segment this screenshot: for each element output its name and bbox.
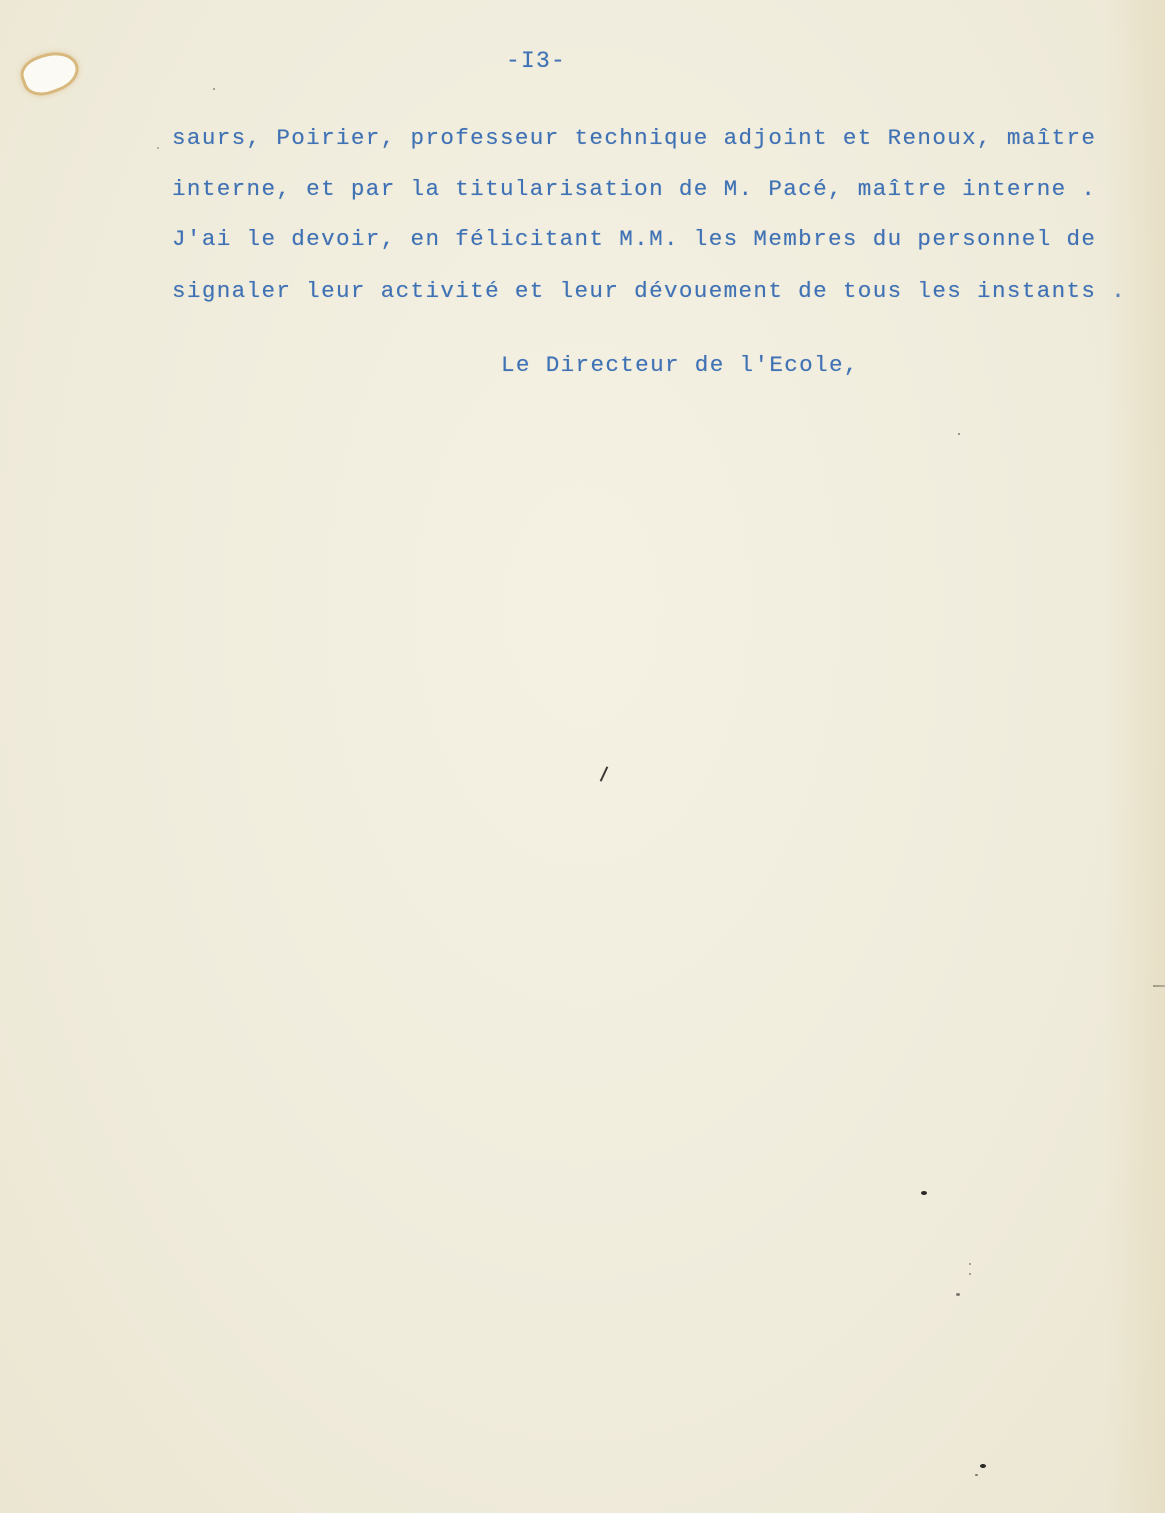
ink-speck — [969, 1263, 971, 1265]
ink-speck — [975, 1474, 978, 1476]
paper-damage-hole — [20, 48, 80, 98]
paragraph-line: interne, et par la titularisation de M. … — [172, 178, 1096, 201]
ink-speck — [921, 1191, 927, 1195]
ink-speck — [980, 1464, 986, 1468]
signature-line: Le Directeur de l'Ecole, — [501, 354, 859, 377]
ink-speck — [213, 88, 215, 90]
paragraph-line: saurs, Poirier, professeur technique adj… — [172, 127, 1096, 150]
ink-speck — [969, 1273, 971, 1275]
ink-speck — [958, 433, 960, 435]
paragraph-line: signaler leur activité et leur dévouemen… — [172, 280, 1126, 303]
ink-speck — [157, 147, 159, 149]
document-page: -I3- saurs, Poirier, professeur techniqu… — [0, 0, 1165, 1513]
page-number: -I3- — [506, 50, 566, 73]
ink-speck — [956, 1293, 960, 1296]
pencil-mark — [600, 766, 609, 781]
paragraph-line: J'ai le devoir, en félicitant M.M. les M… — [172, 228, 1096, 251]
edge-tear-mark — [1153, 985, 1165, 987]
